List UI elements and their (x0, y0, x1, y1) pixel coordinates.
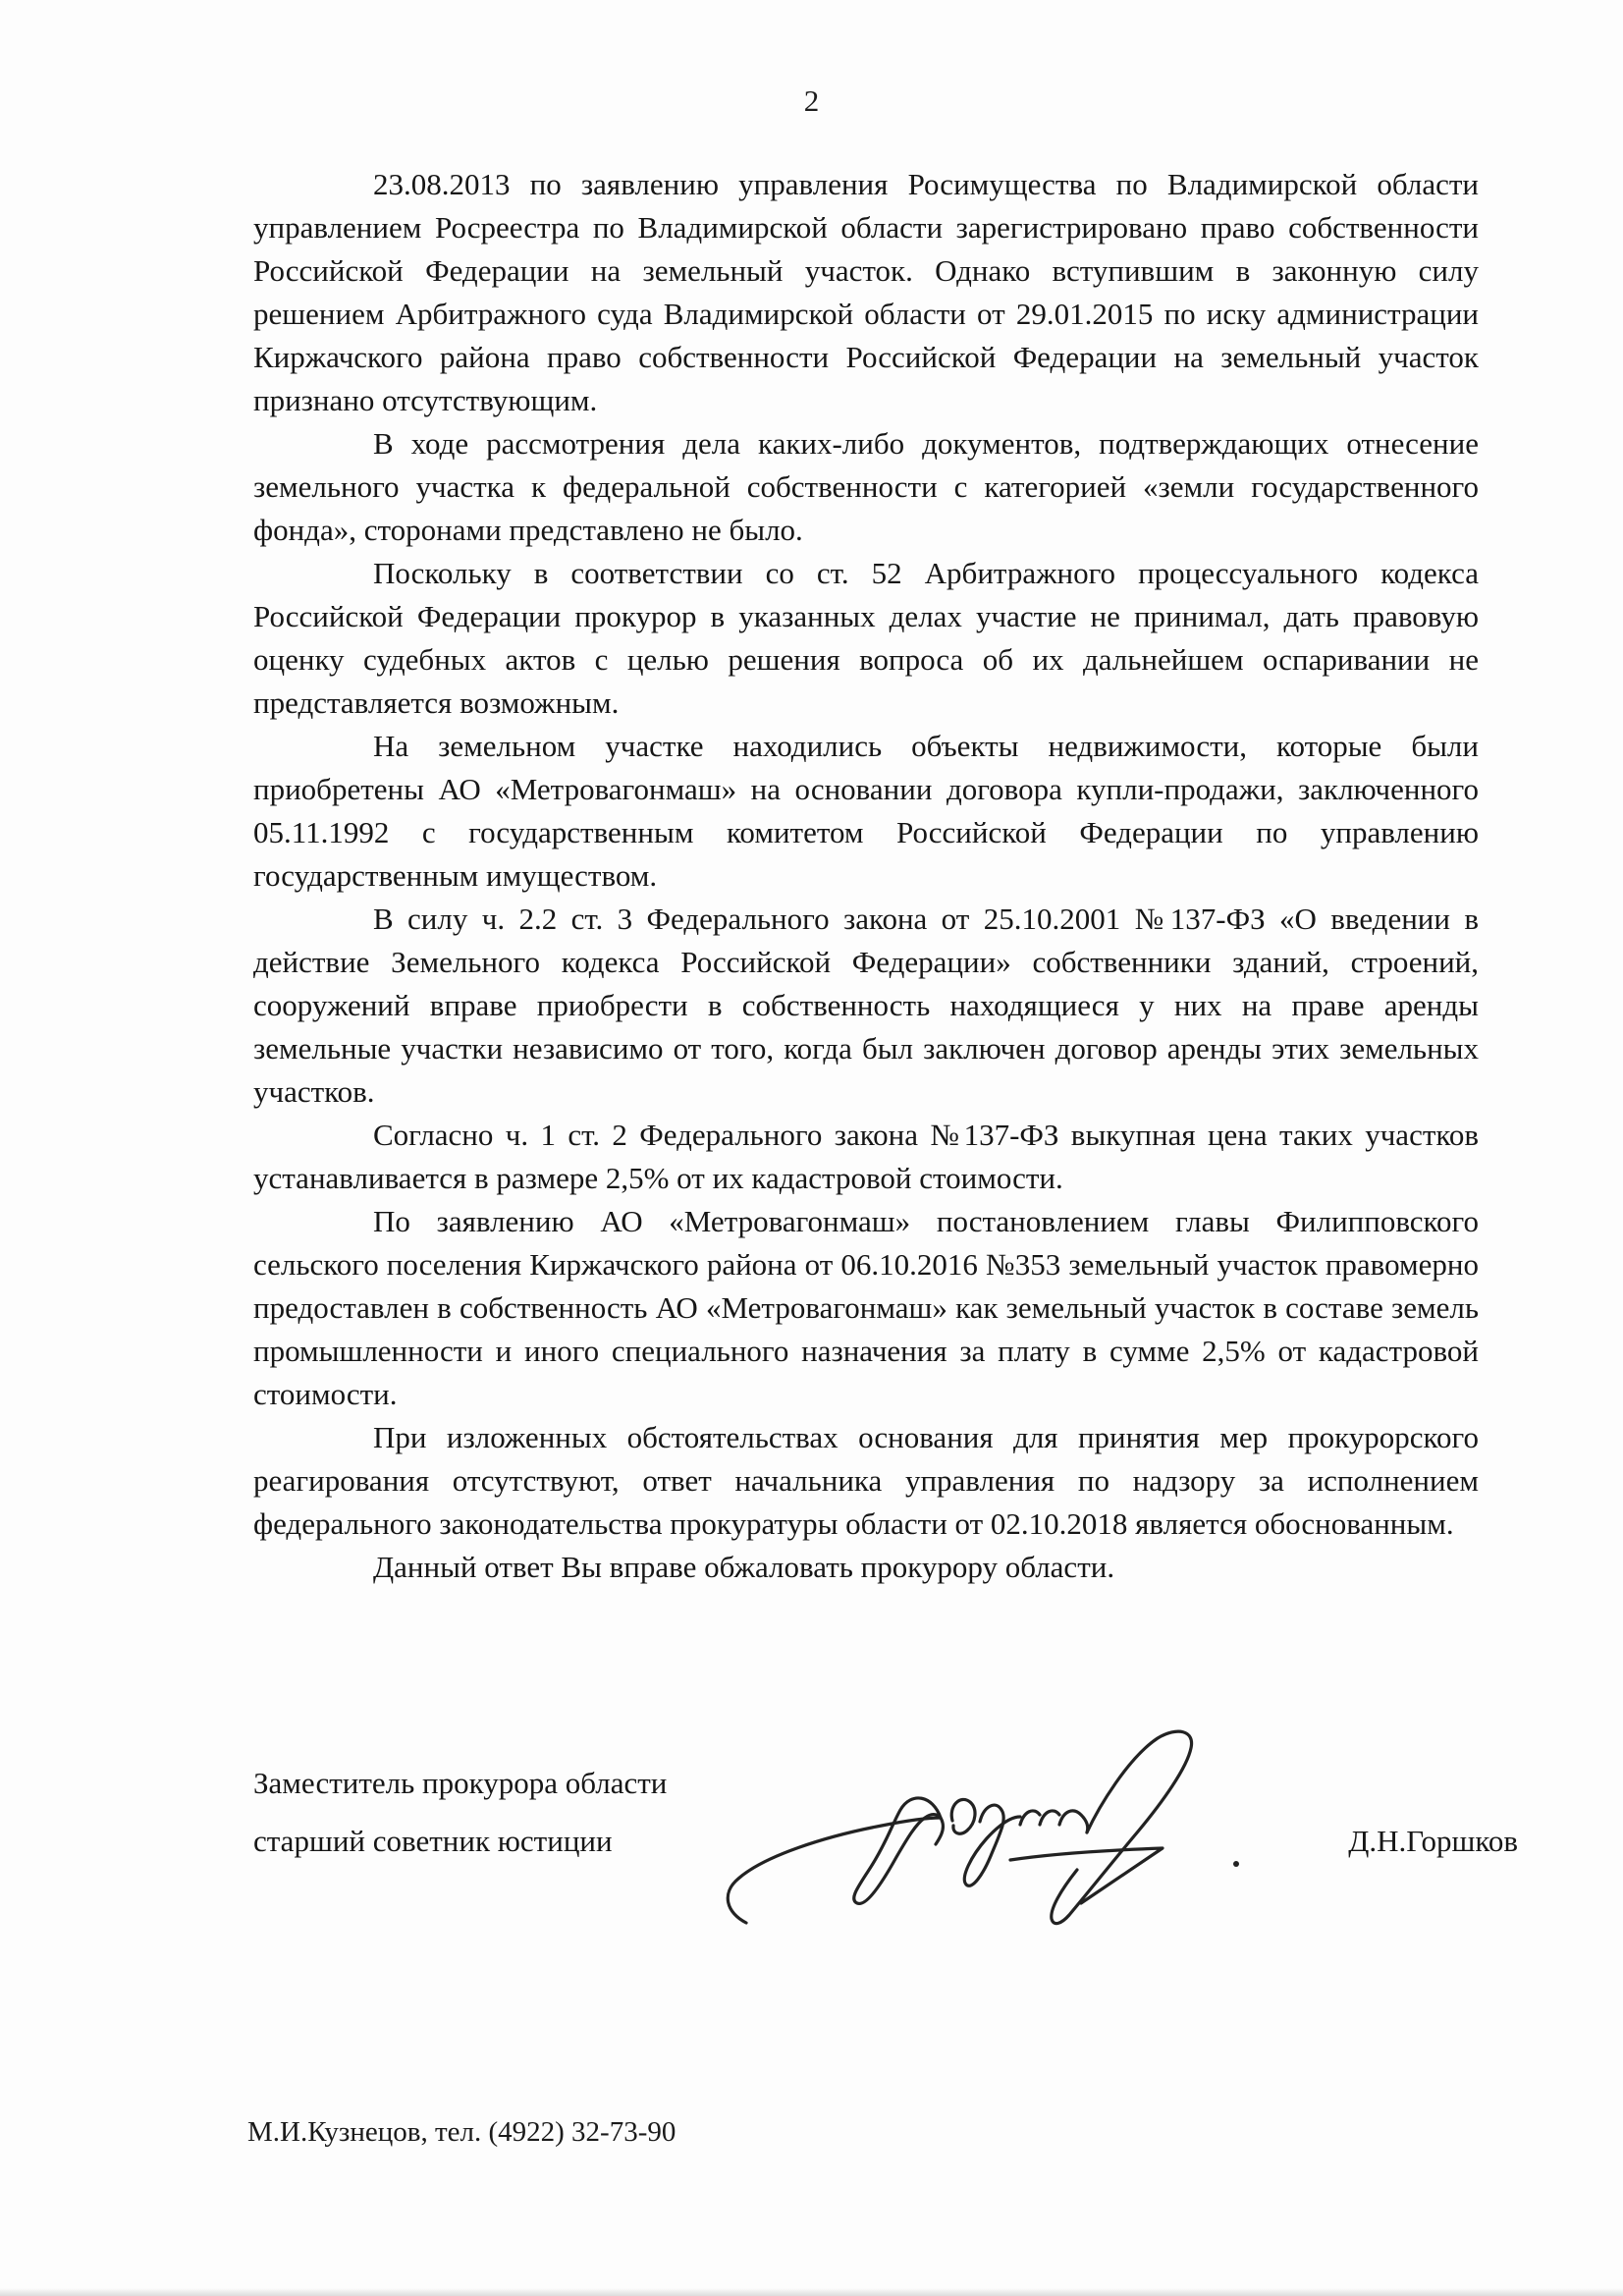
document-paragraph: На земельном участке находились объекты … (253, 725, 1479, 898)
document-paragraph: В силу ч. 2.2 ст. 3 Федерального закона … (253, 898, 1479, 1114)
document-paragraph: По заявлению АО «Метровагонмаш» постанов… (253, 1200, 1479, 1416)
document-paragraph: 23.08.2013 по заявлению управления Росим… (253, 163, 1479, 422)
document-paragraph: Данный ответ Вы вправе обжаловать прокур… (253, 1546, 1479, 1589)
scanned-document-page: 2 23.08.2013 по заявлению управления Рос… (0, 0, 1623, 2296)
signer-position-line2: старший советник юстиции (253, 1824, 613, 1859)
signer-name: Д.Н.Горшков (1348, 1824, 1518, 1859)
signer-position-line1: Заместитель прокурора области (253, 1766, 1518, 1801)
scan-bottom-edge (0, 2288, 1623, 2296)
page-number: 2 (0, 84, 1623, 118)
signature-block: Заместитель прокурора области старший со… (253, 1766, 1518, 1859)
document-paragraph: Согласно ч. 1 ст. 2 Федерального закона … (253, 1114, 1479, 1200)
document-paragraph: При изложенных обстоятельствах основания… (253, 1416, 1479, 1546)
document-paragraph: В ходе рассмотрения дела каких-либо доку… (253, 422, 1479, 552)
document-body: 23.08.2013 по заявлению управления Росим… (253, 163, 1479, 1589)
document-paragraph: Поскольку в соответствии со ст. 52 Арбит… (253, 552, 1479, 725)
executor-contact: М.И.Кузнецов, тел. (4922) 32-73-90 (247, 2115, 676, 2149)
